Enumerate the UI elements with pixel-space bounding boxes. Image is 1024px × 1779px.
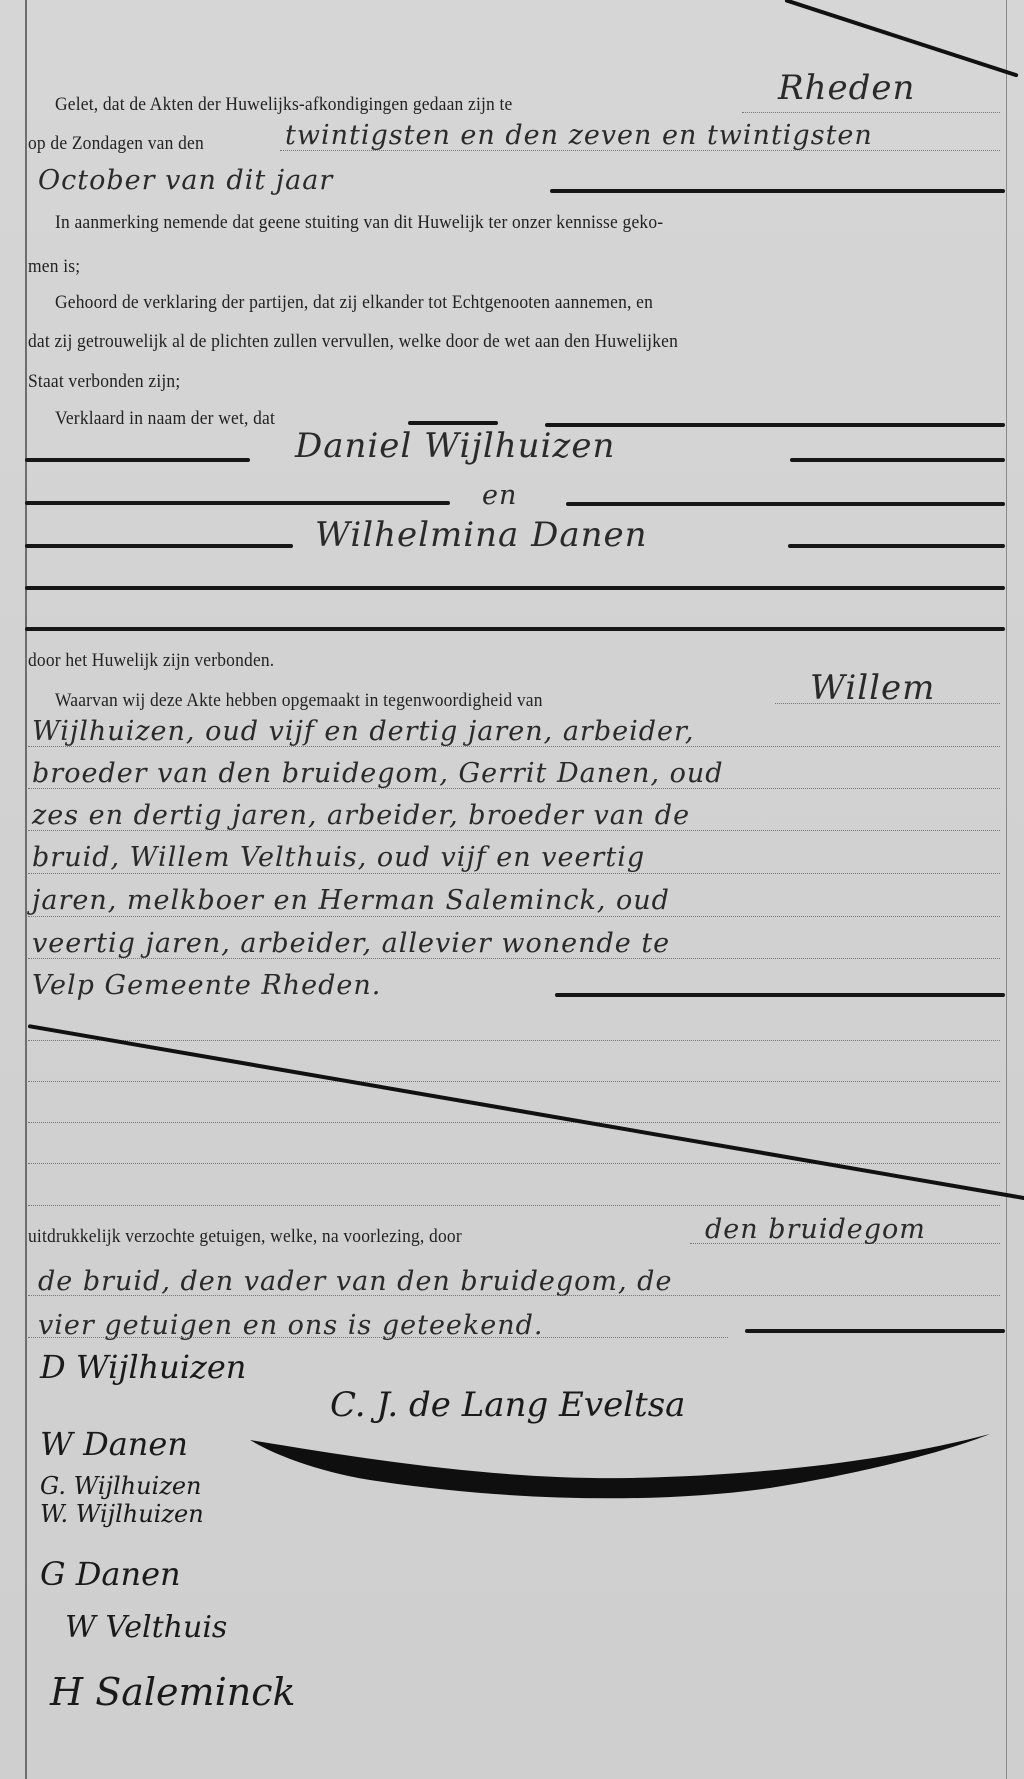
witnesses-hand-7: Velp Gemeente Rheden. [32, 970, 381, 1001]
fill-bar [566, 502, 1005, 506]
witnesses-hand-3: zes en dertig jaren, arbeider, broeder v… [32, 800, 690, 831]
witnesses-hand-1: Wijlhuizen, oud vijf en dertig jaren, ar… [32, 716, 695, 747]
signature-witness-1: W. Wijlhuizen [40, 1500, 204, 1528]
proclamation-place: Rheden [778, 68, 915, 108]
witnesses-hand-4: bruid, Willem Velthuis, oud vijf en veer… [32, 842, 645, 873]
fill-bar [25, 458, 250, 462]
left-margin-rule [25, 0, 27, 1779]
dotted-rule [28, 873, 1000, 874]
dotted-rule [28, 746, 1000, 747]
proclamation-text: Gelet, dat de Akten der Huwelijks-afkond… [55, 94, 512, 116]
no-objection-line-1: In aanmerking nemende dat geene stuiting… [55, 212, 663, 234]
strike-line-top [784, 0, 1018, 78]
fill-bar [25, 627, 1005, 631]
witnesses-text: Waarvan wij deze Akte hebben opgemaakt i… [55, 690, 543, 712]
dotted-rule [28, 1337, 728, 1338]
registrar-flourish [250, 1420, 1010, 1510]
signature-witness-3: W Velthuis [65, 1610, 227, 1645]
dotted-rule [28, 830, 1000, 831]
fill-bar [550, 189, 1005, 193]
heard-line-1: Gehoord de verklaring der partijen, dat … [55, 292, 653, 314]
register-page: Gelet, dat de Akten der Huwelijks-afkond… [0, 0, 1024, 1779]
witnesses-hand-5: jaren, melkboer en Herman Saleminck, oud [32, 885, 670, 916]
fill-bar [555, 993, 1005, 997]
signature-groom: D Wijlhuizen [40, 1348, 246, 1386]
fill-bar [788, 544, 1005, 548]
fill-bar [408, 421, 498, 425]
signature-registrar: C. J. de Lang Eveltsa [330, 1385, 685, 1425]
fill-bar [25, 501, 450, 505]
dotted-rule [742, 112, 1000, 113]
closing-hand-1: de bruid, den vader van den bruidegom, d… [38, 1266, 672, 1297]
fill-bar [790, 458, 1005, 462]
declared-text: Verklaard in naam der wet, dat [55, 408, 275, 430]
dotted-rule [28, 1081, 1000, 1082]
bride-name: Wilhelmina Danen [315, 515, 648, 555]
sundays-handwritten-1: twintigsten en den zeven en twintigsten [285, 120, 873, 151]
sundays-handwritten-2: October van dit jaar [38, 165, 333, 196]
strike-line-blank-section [28, 1024, 1024, 1202]
closing-text: uitdrukkelijk verzochte getuigen, welke,… [28, 1226, 462, 1248]
signature-witness-4: H Saleminck [50, 1670, 296, 1714]
sundays-text: op de Zondagen van den [28, 133, 204, 155]
closing-hand-0: den bruidegom [705, 1214, 926, 1245]
dotted-rule [28, 1163, 1000, 1164]
dotted-rule [28, 958, 1000, 959]
no-objection-line-2: men is; [28, 256, 80, 278]
heard-line-3: Staat verbonden zijn; [28, 371, 180, 393]
signature-witness-2: G Danen [40, 1555, 181, 1593]
fill-bar [25, 586, 1005, 590]
signature-bride: W Danen [40, 1425, 188, 1463]
fill-bar [745, 1329, 1005, 1333]
dotted-rule [28, 788, 1000, 789]
signature-father: G. Wijlhuizen [40, 1472, 202, 1500]
dotted-rule [28, 1122, 1000, 1123]
fill-bar [25, 544, 293, 548]
united-text: door het Huwelijk zijn verbonden. [28, 650, 274, 672]
witnesses-hand-2: broeder van den bruidegom, Gerrit Danen,… [32, 758, 724, 789]
heard-line-2: dat zij getrouwelijk al de plichten zull… [28, 331, 678, 353]
dotted-rule [28, 916, 1000, 917]
dotted-rule [28, 1205, 1000, 1206]
conjunction-en: en [482, 480, 517, 511]
right-margin-rule [1006, 0, 1007, 1779]
dotted-rule [28, 1295, 1000, 1296]
witnesses-hand-6: veertig jaren, arbeider, allevier wonend… [32, 928, 670, 959]
groom-name: Daniel Wijlhuizen [295, 426, 615, 466]
dotted-rule [28, 1040, 1000, 1041]
witnesses-hand-0: Willem [810, 668, 935, 708]
